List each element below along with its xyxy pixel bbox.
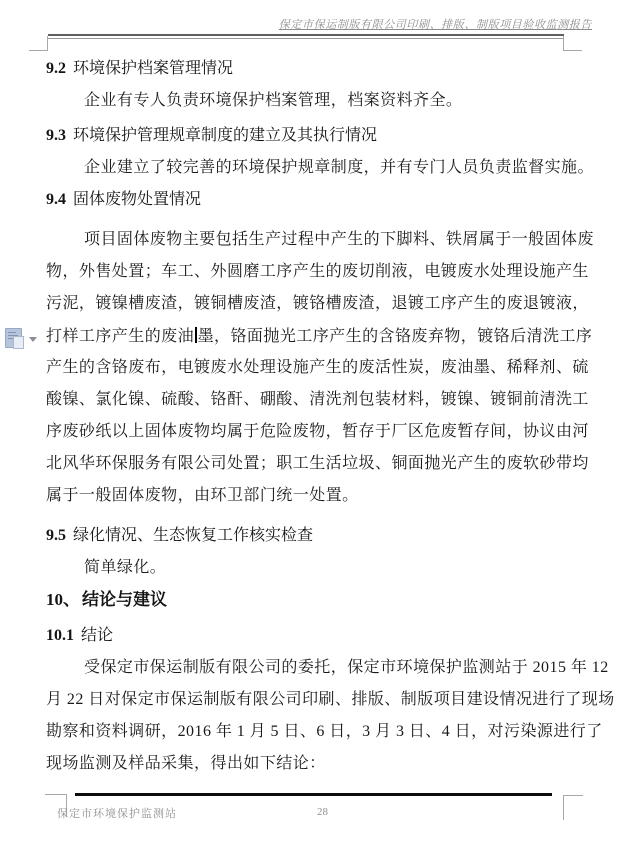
chevron-down-icon[interactable] <box>29 337 37 342</box>
header-corner-left-vertical <box>47 36 48 51</box>
section-title: 绿化情况、生态恢复工作核实检查 <box>73 527 313 544</box>
section-9-3-body: 企业建立了较完善的环境保护规章制度，并有专门人员负责监督实施。 <box>84 159 594 177</box>
section-9-4-line-4: 打样工序产生的废油墨，铬面抛光工序产生的含铬废弃物，镀铬后清洗工序 <box>46 327 592 346</box>
header-rule <box>48 34 564 39</box>
section-title: 结论与建议 <box>82 590 167 609</box>
header-corner-right-horizontal <box>563 50 582 51</box>
section-9-4-line-1: 项目固体废物主要包括生产过程中产生的下脚料、铁屑属于一般固体废 <box>84 231 594 249</box>
paste-options-icon <box>5 328 22 348</box>
section-10-heading: 10、结论与建议 <box>46 591 167 609</box>
section-title: 固体废物处置情况 <box>73 191 201 208</box>
document-page: 保定市保运制版有限公司印刷、排版、制版项目验收监测报告 9.2环境保护档案管理情… <box>0 0 618 841</box>
section-number: 9.2 <box>46 60 66 77</box>
footer-corner-left-horizontal <box>45 794 66 795</box>
paste-options-button[interactable] <box>3 326 41 352</box>
section-10-1-line-2: 月 22 日对保定市保运制版有限公司印刷、排版、制版项目建设情况进行了现场 <box>46 691 615 709</box>
header-corner-right-vertical <box>563 36 564 51</box>
section-9-2-heading: 9.2环境保护档案管理情况 <box>46 60 233 78</box>
section-10-1-heading: 10.1结论 <box>46 627 113 645</box>
section-number: 10、 <box>46 590 80 609</box>
section-10-1-line-3: 勘察和资料调研，2016 年 1 月 5 日、6 日，3 月 3 日、4 日，对… <box>46 723 603 741</box>
section-9-4-line-5: 产生的含铬废布，电镀废水处理设施产生的废活性炭，废油墨、稀释剂、硫 <box>46 359 589 377</box>
section-9-5-body: 简单绿化。 <box>84 559 166 577</box>
section-9-2-body: 企业有专人负责环境保护档案管理，档案资料齐全。 <box>84 92 462 110</box>
footer-corner-right-horizontal <box>563 795 583 796</box>
line-text-before-caret: 打样工序产生的废油 <box>46 328 194 345</box>
line-text-after-caret: 墨，铬面抛光工序产生的含铬废弃物，镀铬后清洗工序 <box>198 328 593 345</box>
section-number: 9.3 <box>46 127 66 144</box>
section-title: 结论 <box>81 627 113 644</box>
section-title: 环境保护管理规章制度的建立及其执行情况 <box>73 127 377 144</box>
section-9-4-line-2: 物，外售处置；车工、外圆磨工序产生的废切削液，电镀废水处理设施产生 <box>46 263 589 281</box>
text-caret <box>195 327 197 343</box>
section-title: 环境保护档案管理情况 <box>73 60 233 77</box>
header-title: 保定市保运制版有限公司印刷、排版、制版项目验收监测报告 <box>279 16 592 32</box>
section-9-5-heading: 9.5绿化情况、生态恢复工作核实检查 <box>46 527 313 545</box>
section-9-4-line-8: 北风华环保服务有限公司处置；职工生活垃圾、铜面抛光产生的废软砂带均 <box>46 455 589 473</box>
page-number: 28 <box>317 806 328 818</box>
header-corner-left-horizontal <box>29 50 48 51</box>
paste-sheet-icon <box>13 336 24 349</box>
footer-rule <box>75 793 552 796</box>
section-number: 9.5 <box>46 527 66 544</box>
footer-corner-right-vertical <box>563 795 564 820</box>
section-9-4-line-3: 污泥，镀镍槽废渣，镀铜槽废渣，镀铬槽废渣，退镀工序产生的废退镀液， <box>46 295 589 313</box>
section-9-4-line-7: 序废砂纸以上固体废物均属于危险废物，暂存于厂区危废暂存间，协议由河 <box>46 423 589 441</box>
section-10-1-line-1: 受保定市保运制版有限公司的委托，保定市环境保护监测站于 2015 年 12 <box>84 659 609 677</box>
section-10-1-line-4: 现场监测及样品采集，得出如下结论： <box>46 755 326 773</box>
section-9-4-line-9: 属于一般固体废物，由环卫部门统一处置。 <box>46 487 359 505</box>
section-9-4-heading: 9.4固体废物处置情况 <box>46 191 201 209</box>
section-number: 10.1 <box>46 627 74 644</box>
section-9-4-line-6: 酸镍、氯化镍、硫酸、铬酐、硼酸、清洗剂包装材料，镀镍、镀铜前清洗工 <box>46 391 589 409</box>
section-number: 9.4 <box>46 191 66 208</box>
footer-org-name: 保定市环境保护监测站 <box>57 805 177 821</box>
section-9-3-heading: 9.3环境保护管理规章制度的建立及其执行情况 <box>46 127 377 145</box>
